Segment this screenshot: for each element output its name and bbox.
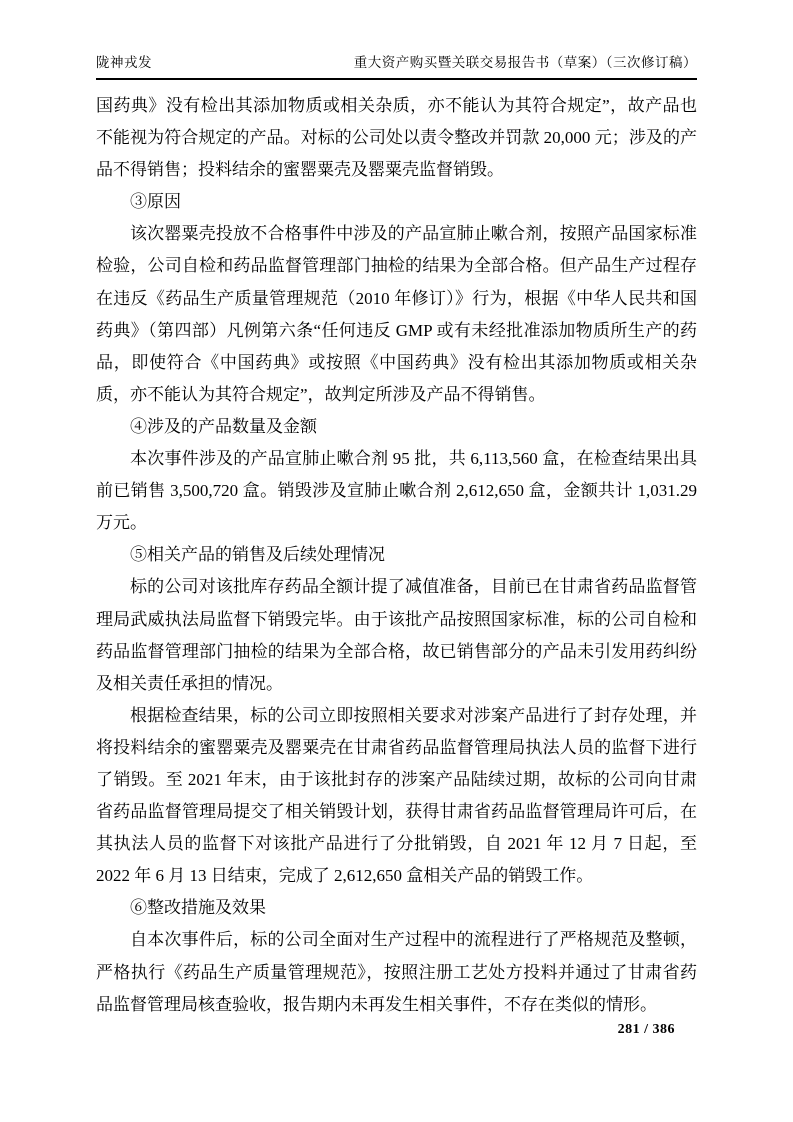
heading-5-sales-followup: ⑤相关产品的销售及后续处理情况 <box>96 539 697 571</box>
page-header: 陇神戎发 重大资产购买暨关联交易报告书（草案）（三次修订稿） <box>96 51 697 80</box>
para-rectification-detail: 自本次事件后，标的公司全面对生产过程中的流程进行了严格规范及整顿，严格执行《药品… <box>96 924 697 1020</box>
document-body: 国药典》没有检出其添加物质或相关杂质，亦不能认为其符合规定”，故产品也不能视为符… <box>96 90 697 1021</box>
para-sales-followup-1: 标的公司对该批库存药品全额计提了减值准备，目前已在甘肃省药品监督管理局武威执法局… <box>96 571 697 699</box>
heading-3-cause: ③原因 <box>96 186 697 218</box>
header-company-name: 陇神戎发 <box>96 51 152 71</box>
page-footer: 281 / 386 <box>96 1022 675 1038</box>
page-number: 281 / 386 <box>618 1022 675 1037</box>
heading-4-quantity-amount: ④涉及的产品数量及金额 <box>96 411 697 443</box>
heading-6-rectification: ⑥整改措施及效果 <box>96 892 697 924</box>
para-continuation-product-ruling: 国药典》没有检出其添加物质或相关杂质，亦不能认为其符合规定”，故产品也不能视为符… <box>96 90 697 186</box>
para-cause-detail: 该次罂粟壳投放不合格事件中涉及的产品宣肺止嗽合剂，按照产品国家标准检验，公司自检… <box>96 218 697 411</box>
para-sales-followup-2: 根据检查结果，标的公司立即按照相关要求对涉案产品进行了封存处理，并将投料结余的蜜… <box>96 700 697 893</box>
header-report-title: 重大资产购买暨关联交易报告书（草案）（三次修订稿） <box>354 51 697 71</box>
document-page: 陇神戎发 重大资产购买暨关联交易报告书（草案）（三次修订稿） 国药典》没有检出其… <box>0 0 793 1122</box>
para-quantity-amount-detail: 本次事件涉及的产品宣肺止嗽合剂 95 批，共 6,113,560 盒，在检查结果… <box>96 443 697 539</box>
